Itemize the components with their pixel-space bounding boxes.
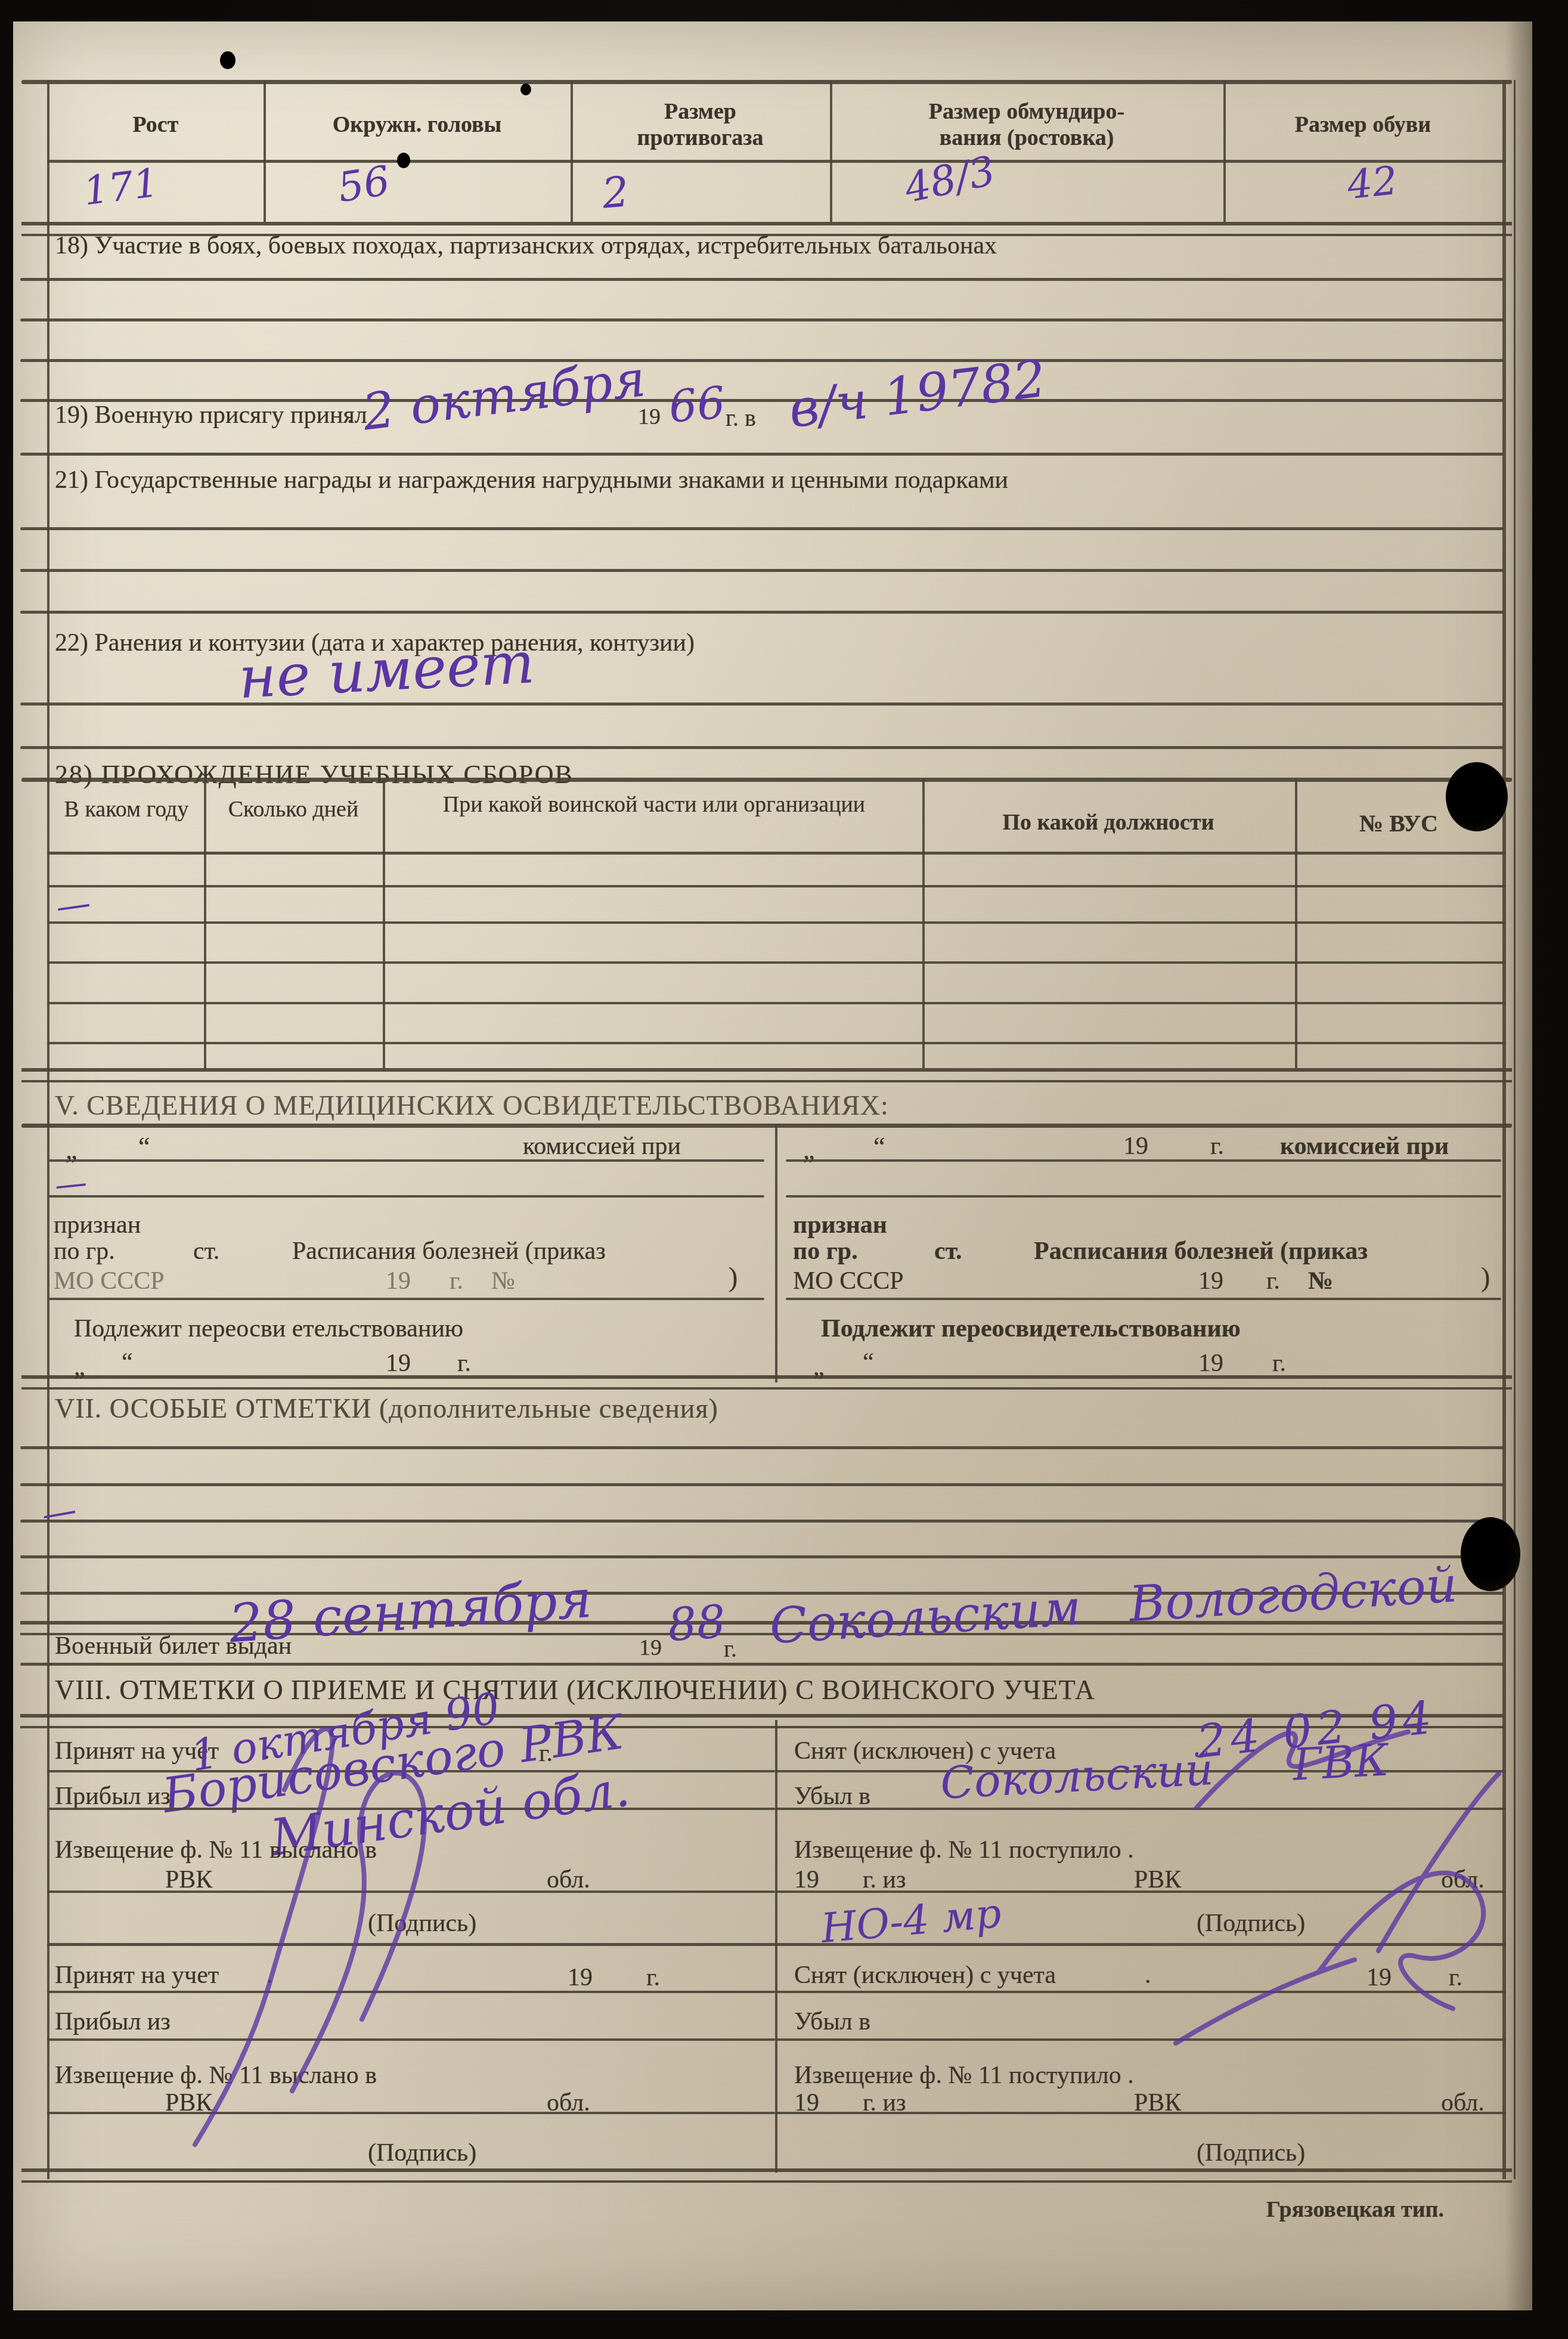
scanned-military-document: Рост Окружн. головы Размер противогаза Р… [0,0,1568,2339]
document-page: Рост Окружн. головы Размер противогаза Р… [13,21,1532,2310]
paper-hole-small [397,153,410,168]
frame-right-outer [1514,80,1516,2179]
signature-ink [13,21,1532,2310]
paper-hole-small [220,51,235,69]
punch-hole [1461,1517,1520,1591]
paper-hole-small [520,83,531,95]
punch-hole [1446,762,1508,831]
